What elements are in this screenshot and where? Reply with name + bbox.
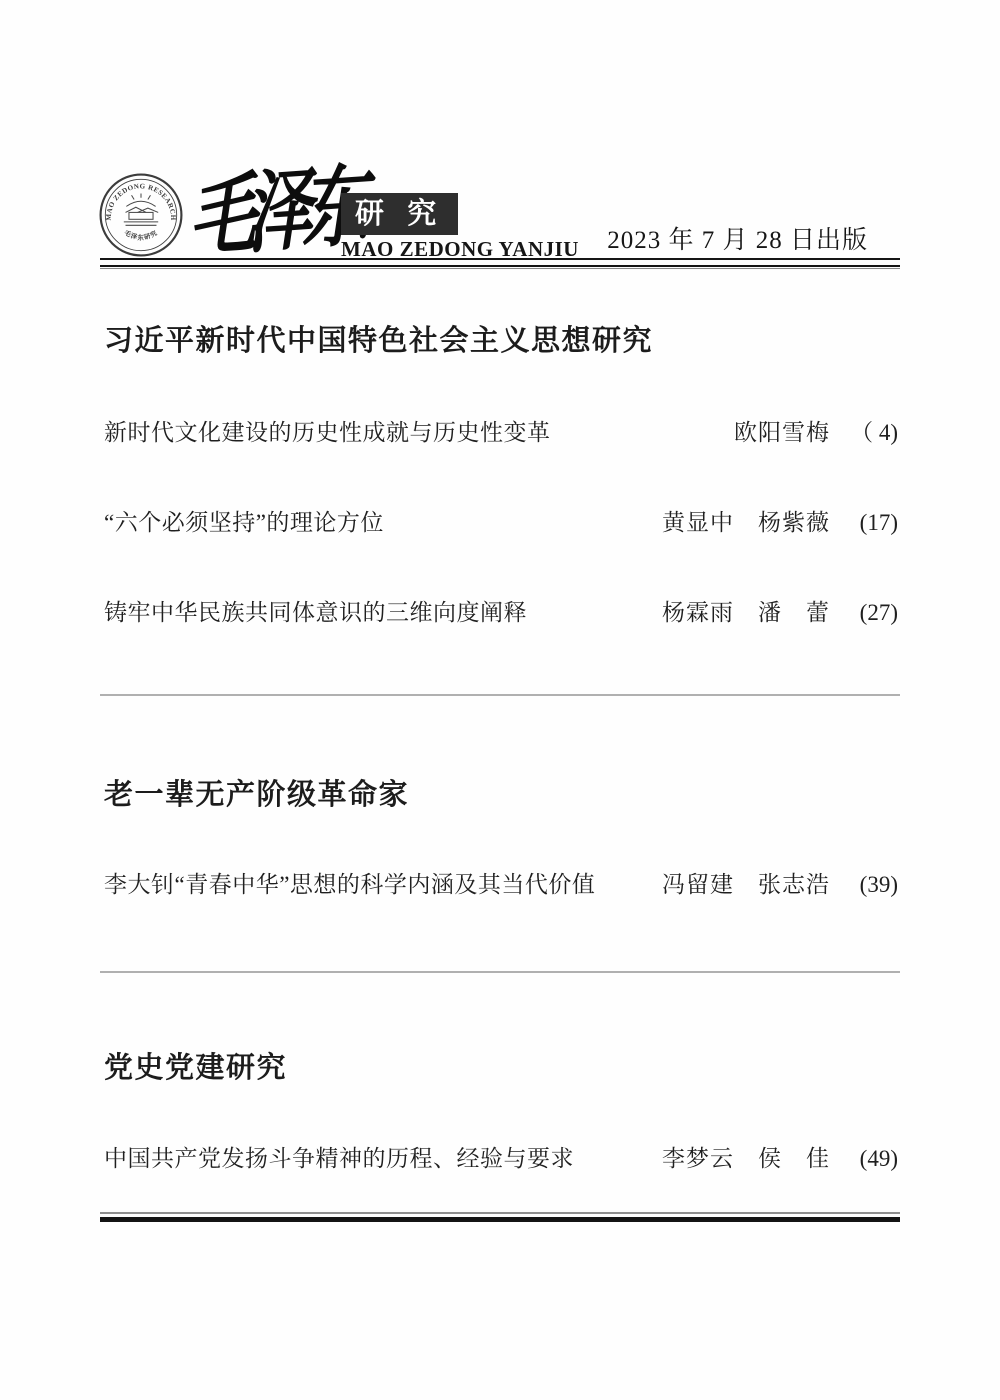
- journal-seal: MAO ZEDONG RESEARCH 毛泽东研究: [98, 172, 184, 258]
- article-page-number: （ 4): [842, 414, 898, 447]
- section-heading-xi-thought: 习近平新时代中国特色社会主义思想研究: [104, 318, 653, 359]
- article-page-number: (17): [842, 510, 898, 536]
- article-title: “六个必须坚持”的理论方位: [104, 504, 662, 537]
- article-authors: 冯留建 张志浩: [662, 866, 830, 899]
- toc-article-row: 李大钊“青春中华”思想的科学内涵及其当代价值 冯留建 张志浩 (39): [104, 866, 898, 899]
- publish-date: 2023 年 7 月 28 日出版: [607, 220, 868, 256]
- masthead-title-box: 研 究: [341, 193, 458, 235]
- article-title: 新时代文化建设的历史性成就与历史性变革: [104, 414, 734, 447]
- journal-toc-page: MAO ZEDONG RESEARCH 毛泽东研究 毛泽东 研 究 MAO ZE…: [0, 0, 1000, 1400]
- section-divider: [100, 971, 900, 973]
- article-authors: 杨霖雨 潘 蕾: [662, 594, 830, 627]
- header-thin-rule: [100, 268, 900, 269]
- article-title: 李大钊“青春中华”思想的科学内涵及其当代价值: [104, 866, 662, 899]
- article-authors: 欧阳雪梅: [734, 414, 830, 447]
- toc-article-row: 中国共产党发扬斗争精神的历程、经验与要求 李梦云 侯 佳 (49): [104, 1140, 898, 1173]
- article-authors: 黄显中 杨紫薇: [662, 504, 830, 537]
- article-page-number: (39): [842, 872, 898, 898]
- section-heading-party-history: 党史党建研究: [104, 1045, 287, 1086]
- article-page-number: (27): [842, 600, 898, 626]
- section-divider: [100, 694, 900, 696]
- article-authors: 李梦云 侯 佳: [662, 1140, 830, 1173]
- toc-article-row: “六个必须坚持”的理论方位 黄显中 杨紫薇 (17): [104, 504, 898, 537]
- toc-article-row: 铸牢中华民族共同体意识的三维向度阐释 杨霖雨 潘 蕾 (27): [104, 594, 898, 627]
- section-heading-revolutionaries: 老一辈无产阶级革命家: [104, 772, 409, 813]
- article-title: 中国共产党发扬斗争精神的历程、经验与要求: [104, 1140, 662, 1173]
- header-double-rule: [100, 258, 900, 267]
- article-page-number: (49): [842, 1146, 898, 1172]
- seal-landscape-icon: [124, 194, 158, 226]
- article-title: 铸牢中华民族共同体意识的三维向度阐释: [104, 594, 662, 627]
- calligraphy-masthead-title: 毛泽东: [186, 136, 360, 273]
- toc-article-row: 新时代文化建设的历史性成就与历史性变革 欧阳雪梅 （ 4): [104, 414, 898, 447]
- seal-bottom-text: 毛泽东研究: [123, 228, 159, 242]
- bottom-rule-thick: [100, 1217, 900, 1222]
- bottom-rule-thin: [100, 1212, 900, 1214]
